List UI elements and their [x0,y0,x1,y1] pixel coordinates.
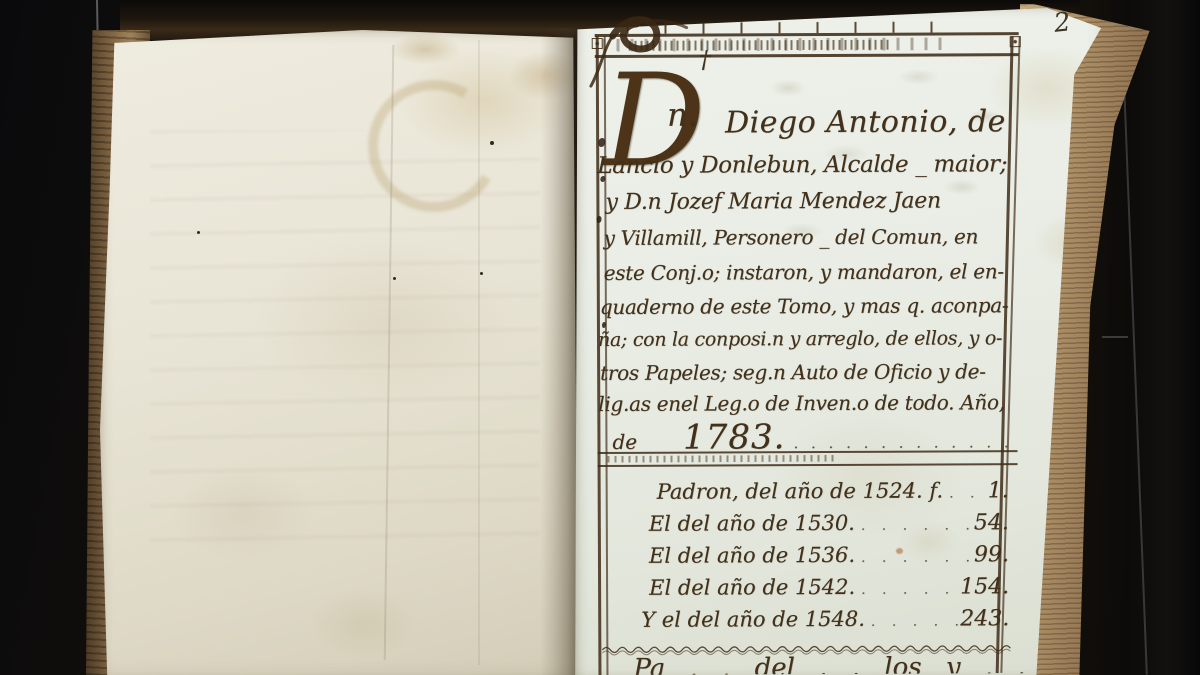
index-row: Padron, del año de 1524. f. . . . . 1. [641,478,1009,512]
manuscript-photo: † D n. Diego Antonio, de Lancio y Donleb… [0,0,1200,675]
year-prefix: de [612,430,637,454]
index-row: El del año de 1536. . . . . . . . . 99. [641,542,1009,576]
ink-blot [596,216,601,223]
ink-blot [602,322,606,328]
index-list: Padron, del año de 1524. f. . . . . 1. E… [641,478,1010,640]
manuscript-line: Diego Antonio, de [725,104,1006,140]
right-page-content: † D n. Diego Antonio, de Lancio y Donleb… [0,0,1200,675]
section-divider-rule [597,450,1017,467]
manuscript-line: Lancio y Donlebun, Alcalde _ maior; [597,151,1007,179]
manuscript-line: tros Papeles; seg.n Auto de Oficio y de- [600,359,986,385]
dotted-leader: . . . . . . . . [855,581,960,597]
index-row: El del año de 1530. . . . . . . . . 54. [641,510,1009,544]
manuscript-line: y D.n Jozef Maria Mendez Jaen [605,189,940,215]
folio-number: 1. [988,478,1009,503]
manuscript-line: lig.as enel Leg.o de Inven.o de todo. Añ… [598,390,1005,416]
index-entry-label: El del año de 1536. [649,543,855,568]
folio-number: 99. [974,542,1009,567]
dotted-leader: . . . . . . . [865,613,960,629]
folio-number: 54. [974,510,1009,535]
index-entry-label: Y el del año de 1548. [641,607,865,632]
index-row: Y el del año de 1548. . . . . . . . 243. [641,606,1009,640]
index-entry-label: El del año de 1542. [649,575,855,600]
manuscript-line: este Conj.o; instaron, y mandaron, el en… [604,259,1004,285]
dotted-leader: . . . . [943,485,988,501]
manuscript-line: quaderno de este Tomo, y mas q. aconpa- [600,293,1009,319]
index-entry-label: El del año de 1530. [649,511,855,536]
initial-superscript-n: n. [667,96,698,134]
index-entry-label: Padron, del año de 1524. f. [657,479,943,504]
left-margin-rule [596,36,601,675]
index-row: El del año de 1542. . . . . . . . . 154. [641,574,1009,608]
page-number: 2 [1052,7,1072,39]
partial-bottom-line: Pa . . del . . los y . . [633,652,1025,675]
dotted-leader: . . . . . . . . [855,549,974,566]
manuscript-line: ña; con la conposi.n y arreglo, de ellos… [598,327,1002,351]
folio-number: 243. [960,606,1009,631]
trailing-dots: . . . . . . . . . . . . . [793,433,1012,452]
manuscript-line: y Villamill, Personero _ del Comun, en [604,224,979,250]
dotted-leader: . . . . . . . . [855,517,974,534]
folio-number: 154. [960,574,1009,599]
